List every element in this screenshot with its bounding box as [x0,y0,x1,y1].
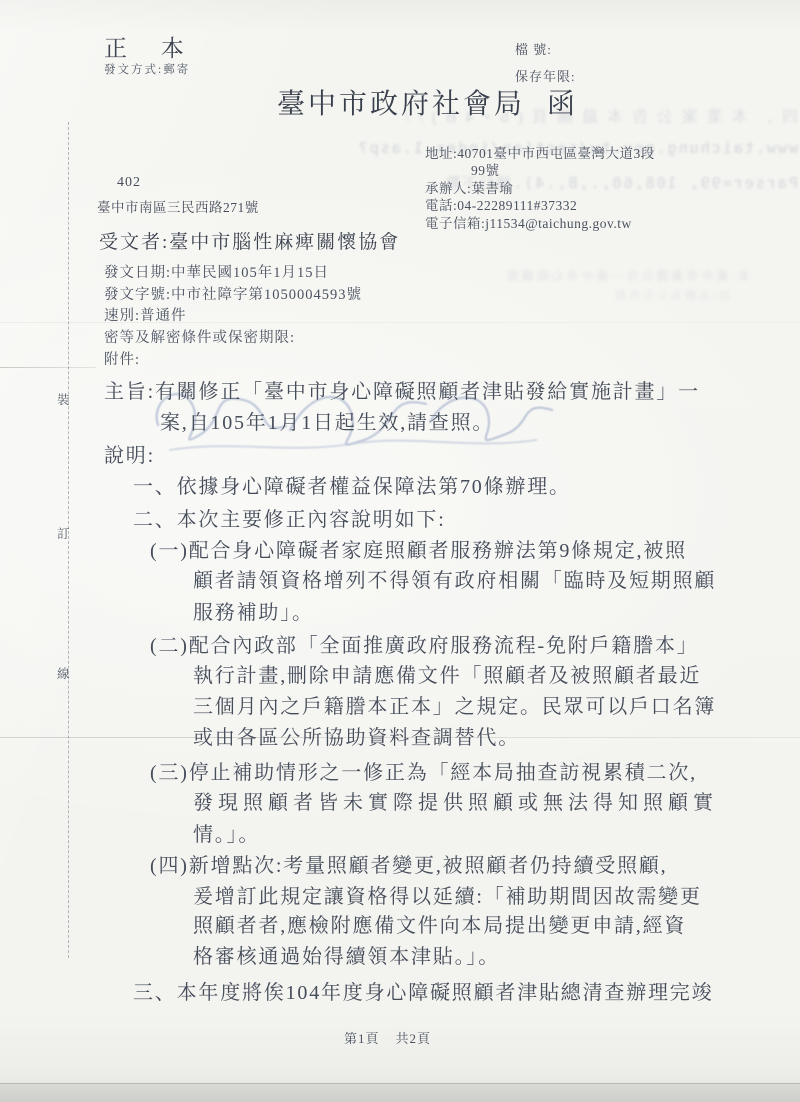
recipient-street: 臺中市南區三民西路271號 [97,196,259,216]
binding-mark: 訂 [57,524,70,542]
agency-address-line1: 地址:40701臺中市西屯區臺灣大道3段 [425,145,655,162]
agency-phone: 電話:04-22289111#37332 [425,197,655,214]
body-subitem-4-line: 爰增訂此規定讓資格得以延續:「補助期間因故需變更 [193,880,702,909]
body-item-1: 一、依據身心障礙者權益保障法第70條辦理。 [133,470,571,499]
speed-class: 速別:普通件 [104,306,362,328]
body-subitem-1-line: (一)配合身心障礙者家庭照顧者服務辦法第9條規定,被照 [150,534,687,563]
page-number: 第1頁 [344,1028,380,1047]
document-type: 函 [547,89,575,120]
agency-officer: 承辦人:葉書瑜 [425,180,655,197]
body-subitem-4-line: 格審核通過始得續領本津貼。」。 [193,940,500,969]
body-subitem-1-line: 服務補助」。 [193,596,314,625]
body-subitem-4-line: (四)新增點次:考量照顧者變更,被照顧者仍持續受照顧, [150,849,667,878]
attachment-label: 附件: [104,350,362,372]
body-subitem-2-line: (二)配合內政部「全面推廣政府服務流程-免附戶籍謄本」 [150,629,699,658]
body-subitem-2-line: 或由各區公所協助資料查調替代。 [193,721,520,750]
file-number-label: 檔 號: [515,36,576,63]
recipient-line: 受文者:臺中市腦性麻痺關懷協會 [99,227,400,254]
body-subitem-3-line: 發現照顧者皆未實際提供照顧或無法得知照顧實 [193,786,718,815]
paper-crease [0,367,96,368]
send-method-label: 發文方式:郵寄 [104,61,190,77]
agency-address-line2: 99號 [425,162,655,179]
subject-line: 案,自105年1月1日起生效,請查照。 [160,406,494,435]
agency-contact-block: 地址:40701臺中市西屯區臺灣大道3段 99號 承辦人:葉書瑜 電話:04-2… [425,145,655,232]
issue-date: 發文日期:中華民國105年1月15日 [104,263,362,285]
body-subitem-4-line: 照顧者者,應檢附應備文件向本局提出變更申請,經資 [193,909,686,938]
body-subitem-1-line: 顧者請領資格增列不得領有政府相關「臨時及短期照顧 [193,564,716,593]
body-subitem-2-line: 三個月內之戶籍謄本正本」之規定。民眾可以戶口名簿 [193,690,716,719]
copy-type-label: 正 本 [104,30,198,63]
bleed-through-text: 本:臺中市養護公告一臺中市心晤纖維 [450,267,750,284]
body-subitem-2-line: 執行計畫,刪除申請應備文件「照顧者及被照顧者最近 [193,659,701,688]
body-subitem-3-line: 情。」。 [193,818,260,847]
scanned-official-letter: 四、本業案公告本最關頁(b+4B)// www.taichung.gov.tw/… [0,0,800,1102]
explanation-label: 說明: [104,439,155,468]
subject-line: 主旨:有關修正「臺中市身心障礙照顧者津貼發給實施計畫」一 [104,375,700,404]
security-class: 密等及解密條件或保密期限: [104,328,362,350]
recipient-zip: 402 [117,175,141,191]
binding-mark: 線 [57,664,70,682]
body-item-3: 三、本年度將俟104年度身心障礙照顧者津貼總清查辦理完竣 [133,976,713,1005]
document-title: 臺中市政府社會局函 [277,82,575,122]
bleed-through-text: 註:志願為公告改館 [470,287,730,303]
binding-mark: 裝 [57,390,70,408]
body-subitem-3-line: (三)停止補助情形之一修正為「經本局抽查訪視累積二次, [150,756,697,785]
page-total: 共2頁 [396,1028,432,1047]
agency-email: 電子信箱:j11534@taichung.gov.tw [425,215,655,232]
document-meta-block: 發文日期:中華民國105年1月15日 發文字號:中市社障字第1050004593… [104,263,362,372]
doc-number: 發文字號:中市社障字第1050004593號 [104,285,362,307]
issuing-agency-name: 臺中市政府社會局 [277,89,525,120]
page-footer: 第1頁 共2頁 [344,1028,431,1047]
scan-edge-shadow [0,1083,800,1102]
body-item-2: 二、本次主要修正內容說明如下: [133,503,446,532]
